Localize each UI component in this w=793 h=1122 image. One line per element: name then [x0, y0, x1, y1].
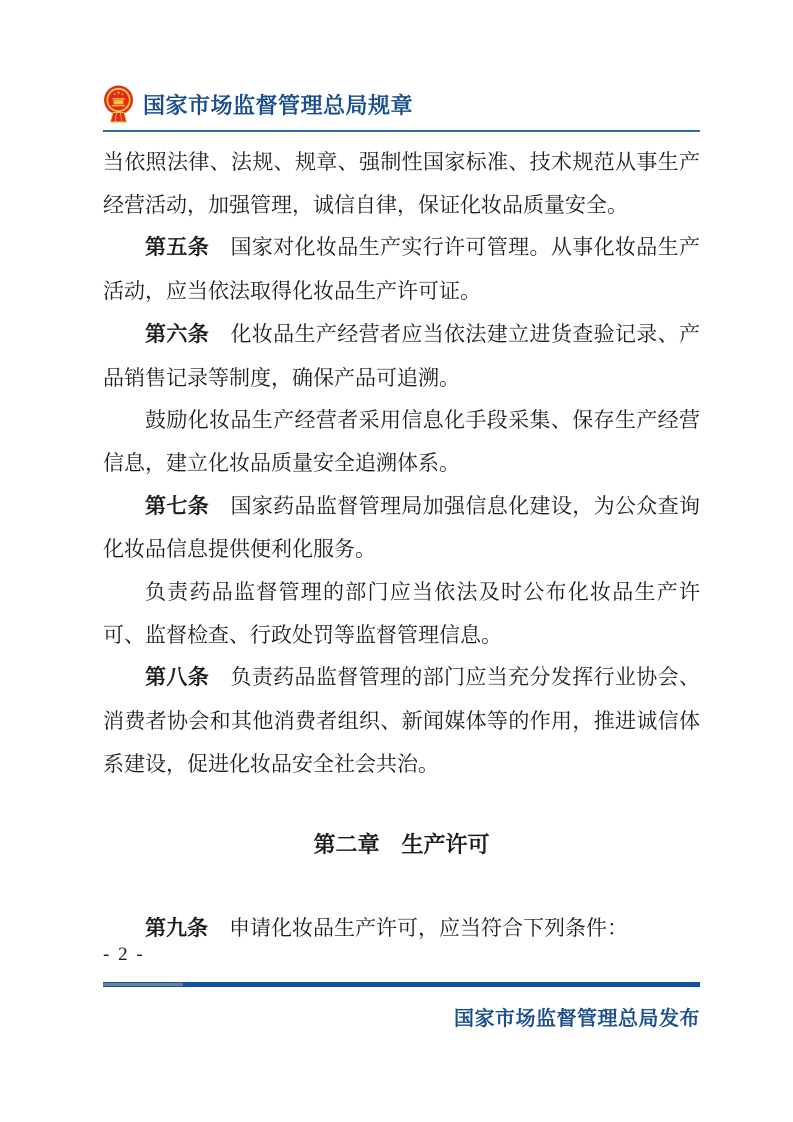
article-number: 第七条 [145, 495, 209, 518]
article-paragraph: 第七条 国家药品监督管理局加强信息化建设，为公众查询化妆品信息提供便利化服务。 [103, 485, 700, 571]
footer-rule [103, 982, 700, 987]
paragraph: 当依照法律、法规、规章、强制性国家标准、技术规范从事生产经营活动，加强管理，诚信… [103, 141, 700, 226]
paragraph-text: 鼓励化妆品生产经营者采用信息化手段采集、保存生产经营信息，建立化妆品质量安全追溯… [103, 408, 700, 475]
paragraph-text: 负责药品监督管理的部门应当依法及时公布化妆品生产许可、监督检查、行政处罚等监督管… [103, 580, 700, 647]
article-paragraph: 第五条 国家对化妆品生产实行许可管理。从事化妆品生产活动，应当依法取得化妆品生产… [103, 226, 700, 312]
page-number: - 2 - [103, 944, 145, 966]
page-header: 国家市场监督管理总局规章 [103, 85, 413, 123]
paragraph-text: 当依照法律、法规、规章、强制性国家标准、技术规范从事生产经营活动，加强管理，诚信… [103, 150, 700, 217]
article-paragraph: 第九条 申请化妆品生产许可，应当符合下列条件： [103, 907, 700, 951]
article-number: 第八条 [145, 666, 209, 689]
publisher-label: 国家市场监督管理总局发布 [103, 1002, 700, 1031]
header-title: 国家市场监督管理总局规章 [143, 89, 413, 120]
paragraph-text: 申请化妆品生产许可，应当符合下列条件： [208, 916, 628, 940]
article-paragraph: 第八条 负责药品监督管理的部门应当充分发挥行业协会、消费者协会和其他消费者组织、… [103, 656, 700, 785]
paragraph: 负责药品监督管理的部门应当依法及时公布化妆品生产许可、监督检查、行政处罚等监督管… [103, 571, 700, 656]
article-number: 第六条 [145, 323, 209, 346]
chapter-heading: 第二章 生产许可 [103, 823, 700, 866]
paragraph: 鼓励化妆品生产经营者采用信息化手段采集、保存生产经营信息，建立化妆品质量安全追溯… [103, 399, 700, 484]
document-page: 国家市场监督管理总局规章 当依照法律、法规、规章、强制性国家标准、技术规范从事生… [0, 0, 793, 1122]
article-number: 第五条 [145, 236, 209, 259]
header-rule [103, 130, 700, 132]
document-body: 当依照法律、法规、规章、强制性国家标准、技术规范从事生产经营活动，加强管理，诚信… [103, 141, 700, 950]
article-paragraph: 第六条 化妆品生产经营者应当依法建立进货查验记录、产品销售记录等制度，确保产品可… [103, 313, 700, 399]
national-emblem-icon [103, 85, 134, 123]
article-number: 第九条 [145, 917, 208, 940]
footer-rule-cap [103, 983, 183, 986]
